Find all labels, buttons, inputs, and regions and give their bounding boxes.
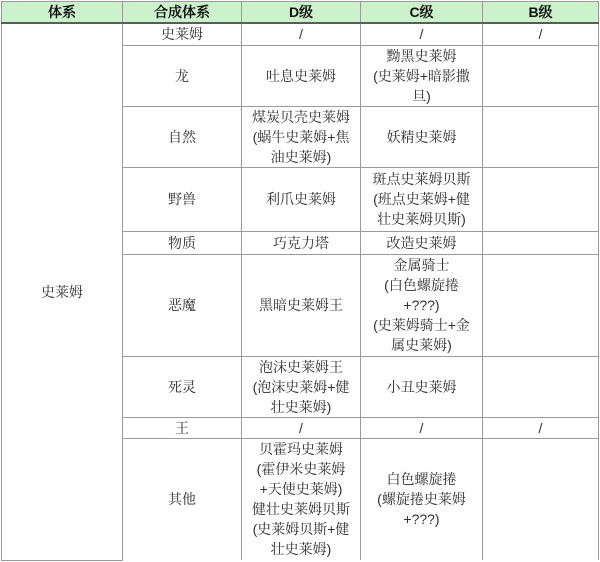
cell-rank-b (483, 356, 599, 417)
cell-rank-d: 泡沫史莱姆王 (泡沫史莱姆+健 壮史莱姆) (242, 356, 361, 417)
cell-rank-d: 利爪史莱姆 (242, 167, 361, 231)
cell-rank-c: 金属骑士 (白色螺旋捲 +???) (史莱姆骑士+金 属史莱姆) (361, 254, 483, 356)
table-header-row: 体系 合成体系 D级 C级 B级 (2, 2, 599, 24)
header-cell-rank-b: B级 (483, 2, 599, 24)
cell-system: 野兽 (123, 167, 242, 231)
header-cell-rank-d: D级 (242, 2, 361, 24)
rank-table: 体系 合成体系 D级 C级 B级 史莱姆 史莱姆 / / / 龙 吐息史莱姆 黝… (1, 1, 599, 561)
cell-rank-c: 小丑史莱姆 (361, 356, 483, 417)
table-row: 史莱姆 史莱姆 / / / (2, 23, 599, 45)
cell-system: 物质 (123, 231, 242, 254)
cell-rank-b (483, 231, 599, 254)
cell-rank-c: 改造史莱姆 (361, 231, 483, 254)
cell-system: 史莱姆 (123, 23, 242, 45)
cell-rank-d: 吐息史莱姆 (242, 45, 361, 106)
cell-system: 自然 (123, 106, 242, 167)
cell-rank-c: 斑点史莱姆贝斯 (班点史莱姆+健 壮史莱姆贝斯) (361, 167, 483, 231)
cell-rank-b (483, 254, 599, 356)
cell-system: 其他 (123, 438, 242, 560)
cell-rank-c: 白色螺旋捲 (螺旋捲史莱姆 +???) (361, 438, 483, 560)
header-cell-system: 体系 (2, 2, 123, 24)
cell-rank-d: 巧克力塔 (242, 231, 361, 254)
cell-rank-b: / (483, 23, 599, 45)
page: 体系 合成体系 D级 C级 B级 史莱姆 史莱姆 / / / 龙 吐息史莱姆 黝… (0, 0, 600, 562)
header-cell-rank-c: C级 (361, 2, 483, 24)
cell-rank-d: / (242, 417, 361, 438)
cell-rank-c: 妖精史莱姆 (361, 106, 483, 167)
cell-rank-c: / (361, 417, 483, 438)
group-cell-slime: 史莱姆 (2, 23, 123, 560)
cell-rank-b (483, 167, 599, 231)
cell-rank-d: / (242, 23, 361, 45)
cell-system: 死灵 (123, 356, 242, 417)
cell-rank-b (483, 106, 599, 167)
cell-rank-d: 煤炭贝壳史莱姆 (蜗牛史莱姆+焦 油史莱姆) (242, 106, 361, 167)
cell-rank-d: 黑暗史莱姆王 (242, 254, 361, 356)
cell-rank-c: 黝黑史莱姆 (史莱姆+暗影撒 旦) (361, 45, 483, 106)
cell-system: 王 (123, 417, 242, 438)
cell-rank-d: 贝霍玛史莱姆 (霍伊米史莱姆 +天使史莱姆) 健壮史莱姆贝斯 (史莱姆贝斯+健 … (242, 438, 361, 560)
cell-rank-c: / (361, 23, 483, 45)
cell-rank-b (483, 45, 599, 106)
cell-rank-b (483, 438, 599, 560)
cell-rank-b: / (483, 417, 599, 438)
header-cell-synthesis: 合成体系 (123, 2, 242, 24)
cell-system: 恶魔 (123, 254, 242, 356)
cell-system: 龙 (123, 45, 242, 106)
